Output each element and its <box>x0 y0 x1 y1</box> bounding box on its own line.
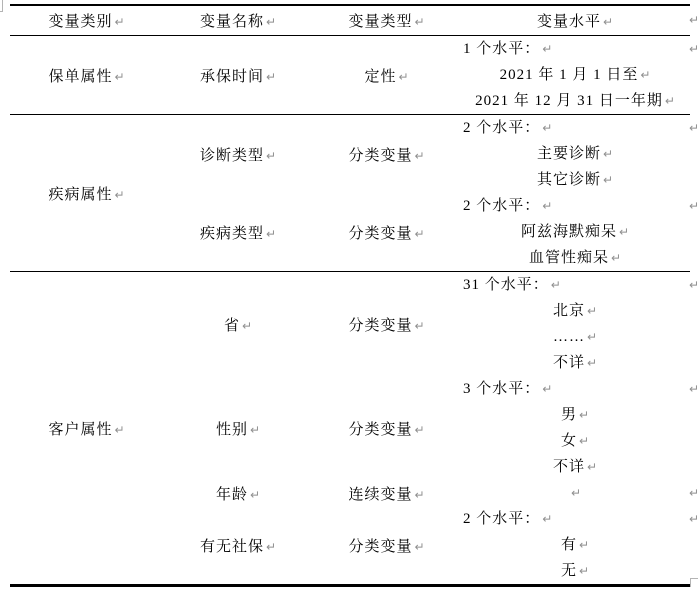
table-body: 保单属性↵承保时间↵定性↵↵1 个水平：↵2021 年 1 月 1 日至↵202… <box>10 36 690 586</box>
level-value-line: ↵ <box>460 480 690 506</box>
column-header-name: 变量名称↵ <box>163 5 313 36</box>
row-end-mark-icon: ↵ <box>689 272 698 298</box>
variable-name-cell: 年龄↵ <box>163 480 313 506</box>
pilcrow-mark-icon: ↵ <box>250 488 260 502</box>
pilcrow-mark-icon: ↵ <box>551 278 561 292</box>
variable-type-cell: 连续变量↵ <box>313 480 460 506</box>
table-wrapper: 变量类别↵ 变量名称↵ 变量类型↵ 变量水平↵↵ 保单属性↵承保时间↵定性↵↵1… <box>10 4 690 587</box>
levels-count-line: 3 个水平：↵ <box>460 376 690 402</box>
pilcrow-mark-icon: ↵ <box>587 460 597 474</box>
pilcrow-mark-icon: ↵ <box>266 227 276 241</box>
levels-count-line: 1 个水平：↵ <box>460 36 690 62</box>
column-header-levels: 变量水平↵↵ <box>460 5 690 36</box>
variables-table: 变量类别↵ 变量名称↵ 变量类型↵ 变量水平↵↵ 保单属性↵承保时间↵定性↵↵1… <box>10 4 690 587</box>
pilcrow-mark-icon: ↵ <box>414 488 424 502</box>
pilcrow-mark-icon: ↵ <box>579 408 589 422</box>
column-header-label: 变量类型 <box>348 14 412 30</box>
levels-count: 1 个水平： <box>463 41 540 57</box>
pilcrow-mark-icon: ↵ <box>114 423 124 437</box>
table-header: 变量类别↵ 变量名称↵ 变量类型↵ 变量水平↵↵ <box>10 5 690 36</box>
pilcrow-mark-icon: ↵ <box>579 538 589 552</box>
level-value: …… <box>553 329 585 345</box>
variable-name-cell: 诊断类型↵ <box>163 115 313 194</box>
pilcrow-mark-icon: ↵ <box>414 149 424 163</box>
variable-name-cell: 省↵ <box>163 272 313 377</box>
level-value-line: 不详↵ <box>460 350 690 376</box>
pilcrow-mark-icon: ↵ <box>603 147 613 161</box>
level-value: 男 <box>561 407 577 423</box>
row-end-mark-icon: ↵ <box>689 480 698 506</box>
pilcrow-mark-icon: ↵ <box>398 70 408 84</box>
level-value: 女 <box>561 433 577 449</box>
variable-type: 分类变量 <box>348 148 412 164</box>
variable-levels-cell: ↵2 个水平：↵主要诊断↵其它诊断↵ <box>460 115 690 194</box>
variable-name: 疾病类型 <box>200 226 264 242</box>
variable-type-cell: 分类变量↵ <box>313 272 460 377</box>
variable-type-cell: 分类变量↵ <box>313 193 460 272</box>
levels-count-line: 2 个水平：↵ <box>460 115 690 141</box>
variable-type-cell: 分类变量↵ <box>313 506 460 586</box>
pilcrow-mark-icon: ↵ <box>242 319 252 333</box>
column-header-label: 变量名称 <box>200 14 264 30</box>
levels-count: 31 个水平： <box>463 277 549 293</box>
column-header-label: 变量类别 <box>48 14 112 30</box>
table-header-row: 变量类别↵ 变量名称↵ 变量类型↵ 变量水平↵↵ <box>10 5 690 36</box>
level-value-line: 血管性痴呆↵ <box>460 245 690 271</box>
column-header-category: 变量类别↵ <box>10 5 163 36</box>
level-value-line: 男↵ <box>460 402 690 428</box>
pilcrow-mark-icon: ↵ <box>619 225 629 239</box>
level-value: 有 <box>561 537 577 553</box>
level-value-line: 阿兹海默痴呆↵ <box>460 219 690 245</box>
pilcrow-mark-icon: ↵ <box>414 319 424 333</box>
level-value-line: 主要诊断↵ <box>460 141 690 167</box>
category-label: 疾病属性 <box>48 187 112 203</box>
levels-count: 2 个水平： <box>463 120 540 136</box>
pilcrow-mark-icon: ↵ <box>266 149 276 163</box>
variable-name-cell: 性别↵ <box>163 376 313 480</box>
row-end-mark-icon: ↵ <box>689 506 698 532</box>
document-page: { "marks": { "pilcrow": "↵" }, "colors":… <box>0 0 698 589</box>
pilcrow-mark-icon: ↵ <box>542 382 552 396</box>
table-row: 疾病属性↵诊断类型↵分类变量↵↵2 个水平：↵主要诊断↵其它诊断↵ <box>10 115 690 194</box>
pilcrow-mark-icon: ↵ <box>266 70 276 84</box>
category-cell: 客户属性↵ <box>10 272 163 586</box>
levels-count: 3 个水平： <box>463 381 540 397</box>
pilcrow-mark-icon: ↵ <box>542 42 552 56</box>
variable-levels-cell: ↵31 个水平：↵北京↵……↵不详↵ <box>460 272 690 377</box>
variable-name-cell: 疾病类型↵ <box>163 193 313 272</box>
pilcrow-mark-icon: ↵ <box>587 356 597 370</box>
level-value: 其它诊断 <box>537 172 601 188</box>
variable-type-cell: 定性↵ <box>313 36 460 115</box>
pilcrow-mark-icon: ↵ <box>114 70 124 84</box>
pilcrow-mark-icon: ↵ <box>665 94 675 108</box>
pilcrow-mark-icon: ↵ <box>266 15 276 29</box>
row-end-mark-icon: ↵ <box>689 376 698 402</box>
pilcrow-mark-icon: ↵ <box>542 512 552 526</box>
variable-type-cell: 分类变量↵ <box>313 376 460 480</box>
level-value-line: 其它诊断↵ <box>460 167 690 193</box>
pilcrow-mark-icon: ↵ <box>542 121 552 135</box>
pilcrow-mark-icon: ↵ <box>414 227 424 241</box>
variable-levels-cell: ↵1 个水平：↵2021 年 1 月 1 日至↵2021 年 12 月 31 日… <box>460 36 690 115</box>
pilcrow-mark-icon: ↵ <box>266 540 276 554</box>
variable-type-cell: 分类变量↵ <box>313 115 460 194</box>
category-label: 客户属性 <box>48 422 112 438</box>
variable-levels-cell: ↵3 个水平：↵男↵女↵不详↵ <box>460 376 690 480</box>
pilcrow-mark-icon: ↵ <box>414 15 424 29</box>
pilcrow-mark-icon: ↵ <box>587 304 597 318</box>
variable-name: 诊断类型 <box>200 148 264 164</box>
variable-type: 分类变量 <box>348 539 412 555</box>
variable-name: 性别 <box>216 422 248 438</box>
levels-count-line: 31 个水平：↵ <box>460 272 690 298</box>
pilcrow-mark-icon: ↵ <box>114 188 124 202</box>
level-value: 血管性痴呆 <box>529 250 609 266</box>
pilcrow-mark-icon: ↵ <box>571 486 581 500</box>
level-value: 2021 年 1 月 1 日至 <box>500 67 639 83</box>
levels-count: 2 个水平： <box>463 198 540 214</box>
row-end-mark-icon: ↵ <box>689 36 698 62</box>
category-cell: 保单属性↵ <box>10 36 163 115</box>
pilcrow-mark-icon: ↵ <box>603 15 613 29</box>
variable-levels-cell: ↵2 个水平：↵有↵无↵ <box>460 506 690 586</box>
level-value-line: 北京↵ <box>460 298 690 324</box>
variable-name: 有无社保 <box>200 539 264 555</box>
variable-name-cell: 有无社保↵ <box>163 506 313 586</box>
variable-levels-cell: ↵2 个水平：↵阿兹海默痴呆↵血管性痴呆↵ <box>460 193 690 272</box>
column-header-label: 变量水平 <box>537 14 601 30</box>
variable-name-cell: 承保时间↵ <box>163 36 313 115</box>
row-end-mark-icon: ↵ <box>689 6 698 35</box>
level-value-line: 2021 年 1 月 1 日至↵ <box>460 62 690 88</box>
row-end-mark-icon: ↵ <box>689 115 698 141</box>
pilcrow-mark-icon: ↵ <box>611 251 621 265</box>
variable-name: 年龄 <box>216 487 248 503</box>
variable-type: 定性 <box>364 69 396 85</box>
levels-count-line: 2 个水平：↵ <box>460 193 690 219</box>
level-value-line: 无↵ <box>460 558 690 584</box>
level-value-line: 不详↵ <box>460 454 690 480</box>
table-row: 保单属性↵承保时间↵定性↵↵1 个水平：↵2021 年 1 月 1 日至↵202… <box>10 36 690 115</box>
pilcrow-mark-icon: ↵ <box>579 434 589 448</box>
pilcrow-mark-icon: ↵ <box>587 330 597 344</box>
level-value: 北京 <box>553 303 585 319</box>
pilcrow-mark-icon: ↵ <box>579 564 589 578</box>
category-label: 保单属性 <box>48 69 112 85</box>
level-value-line: 女↵ <box>460 428 690 454</box>
pilcrow-mark-icon: ↵ <box>250 423 260 437</box>
table-row: 客户属性↵省↵分类变量↵↵31 个水平：↵北京↵……↵不详↵ <box>10 272 690 377</box>
level-value: 阿兹海默痴呆 <box>521 224 617 240</box>
variable-name: 承保时间 <box>200 69 264 85</box>
text-boundary-mark-topleft-icon <box>0 11 3 12</box>
level-value-line: 有↵ <box>460 532 690 558</box>
level-value: 无 <box>561 563 577 579</box>
level-value: 2021 年 12 月 31 日一年期 <box>475 93 663 109</box>
level-value: 不详 <box>553 355 585 371</box>
variable-name: 省 <box>224 318 240 334</box>
category-cell: 疾病属性↵ <box>10 115 163 272</box>
variable-type: 分类变量 <box>348 318 412 334</box>
level-value-line: 2021 年 12 月 31 日一年期↵ <box>460 88 690 114</box>
row-end-mark-icon: ↵ <box>689 193 698 219</box>
pilcrow-mark-icon: ↵ <box>640 68 650 82</box>
pilcrow-mark-icon: ↵ <box>603 173 613 187</box>
pilcrow-mark-icon: ↵ <box>414 423 424 437</box>
variable-type: 分类变量 <box>348 422 412 438</box>
text-boundary-mark-bottomright-icon <box>690 578 698 587</box>
pilcrow-mark-icon: ↵ <box>414 540 424 554</box>
level-value-line: ……↵ <box>460 324 690 350</box>
variable-levels-cell: ↵↵ <box>460 480 690 506</box>
levels-count-line: 2 个水平：↵ <box>460 506 690 532</box>
level-value: 不详 <box>553 459 585 475</box>
pilcrow-mark-icon: ↵ <box>114 15 124 29</box>
level-value: 主要诊断 <box>537 146 601 162</box>
variable-type: 分类变量 <box>348 226 412 242</box>
levels-count: 2 个水平： <box>463 511 540 527</box>
variable-type: 连续变量 <box>348 487 412 503</box>
pilcrow-mark-icon: ↵ <box>542 199 552 213</box>
column-header-type: 变量类型↵ <box>313 5 460 36</box>
